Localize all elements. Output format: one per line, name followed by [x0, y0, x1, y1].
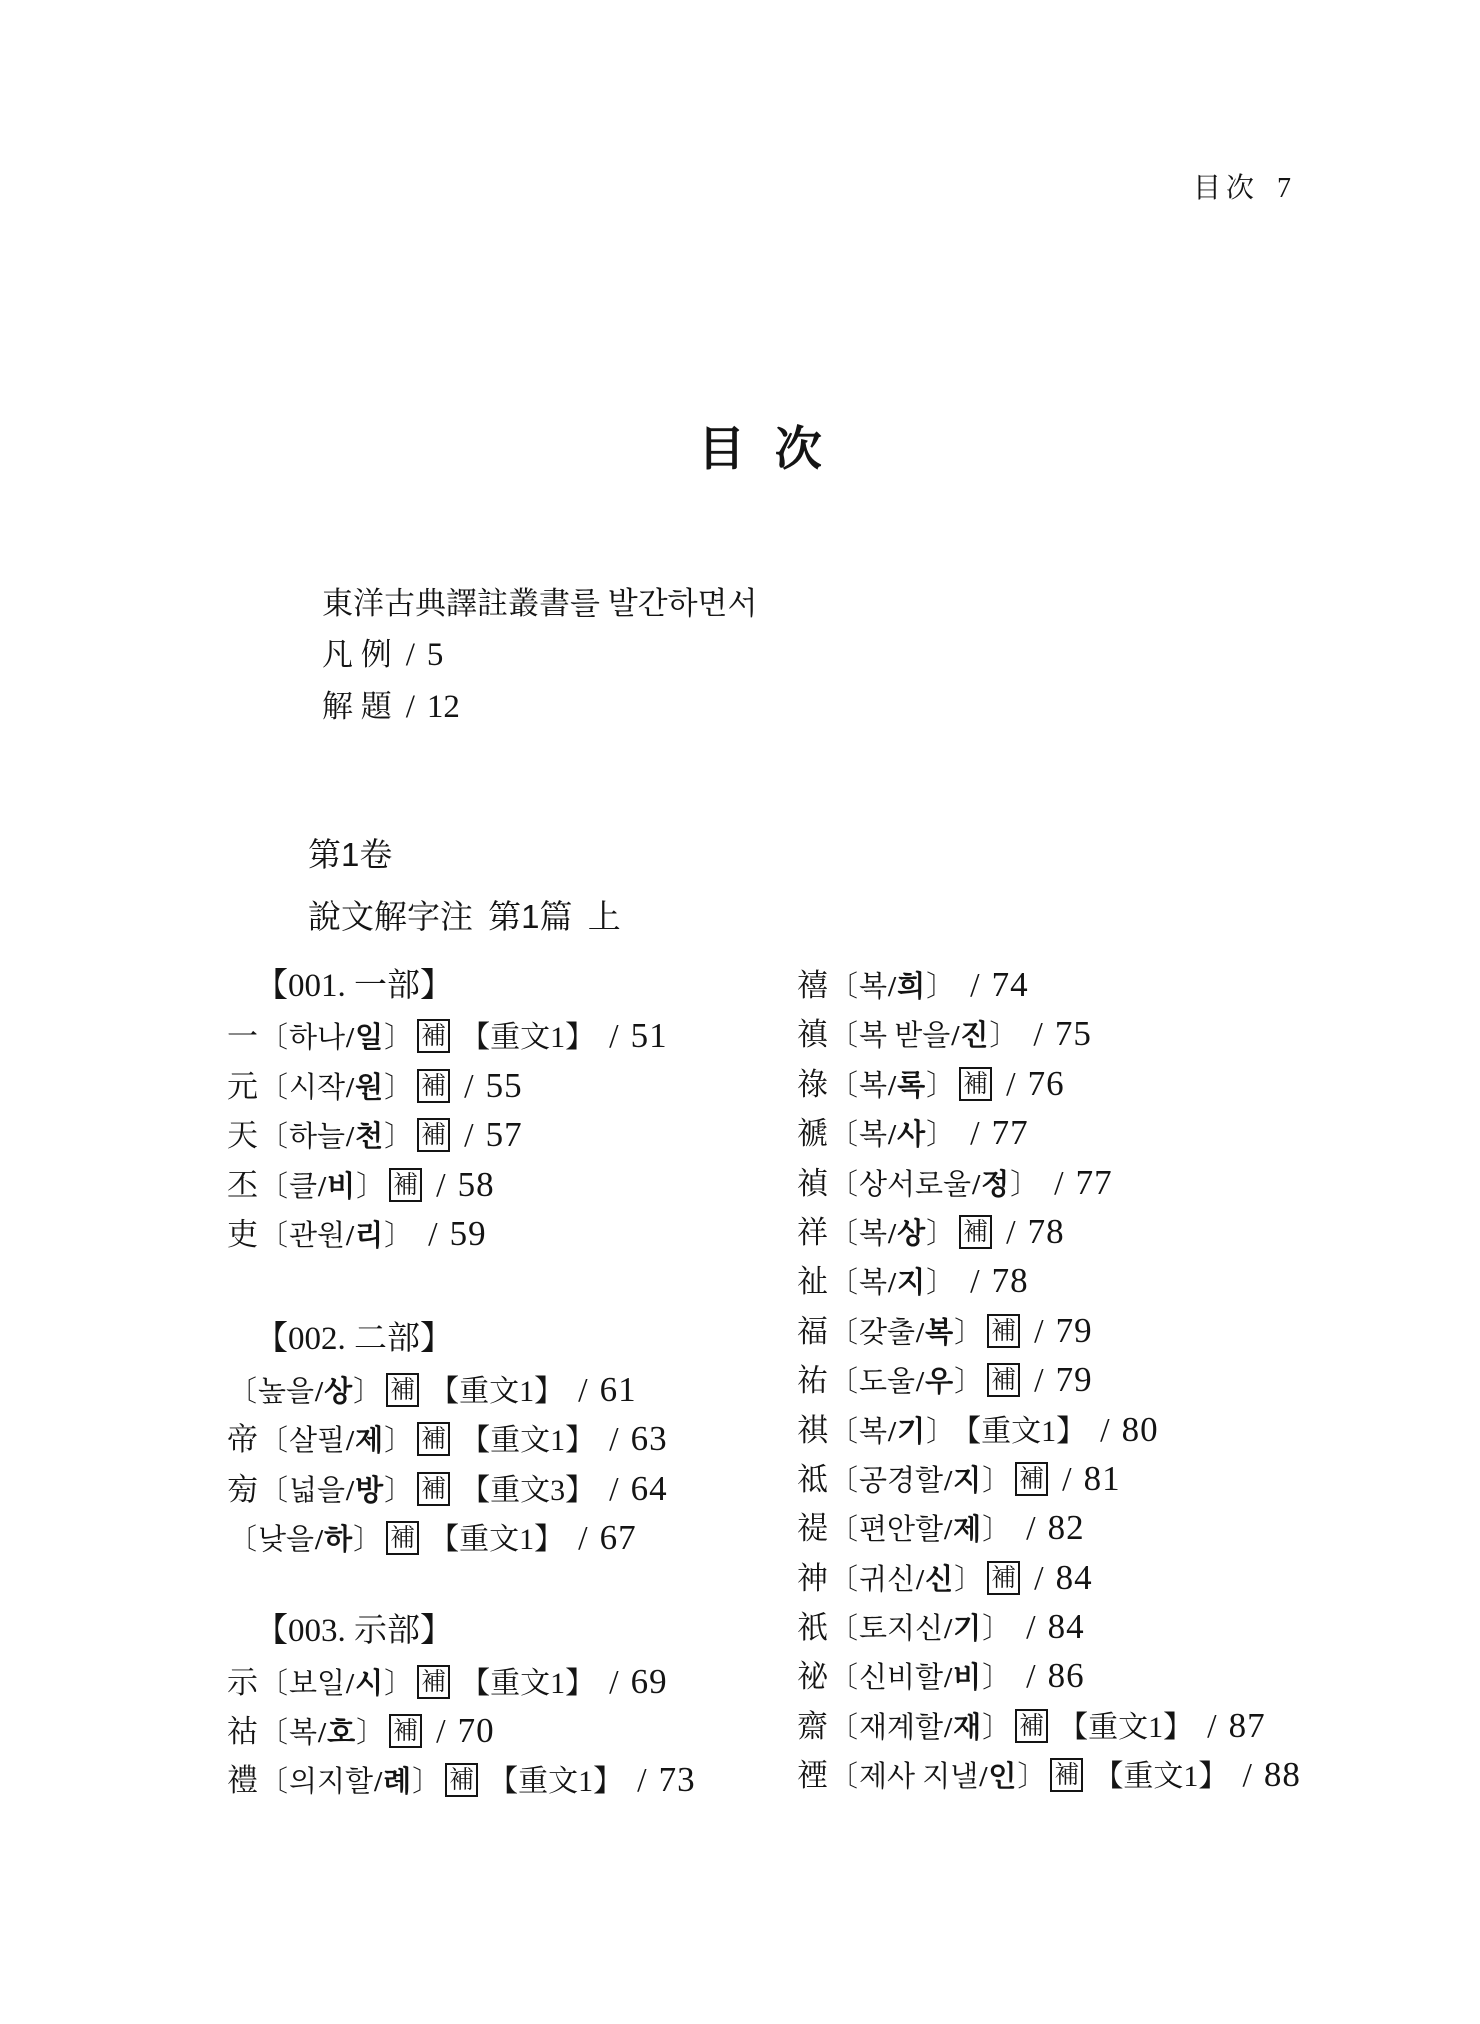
- supplement-badge: 補: [987, 1561, 1020, 1595]
- entry-page-number: 70: [458, 1711, 495, 1750]
- entry-headword: 元: [227, 1069, 258, 1104]
- toc-entry: 祐〔도울/우〕補/79: [797, 1355, 1417, 1404]
- entry-page-number: 88: [1264, 1755, 1301, 1794]
- page-separator: /: [1026, 1658, 1035, 1695]
- reading-slash: /: [916, 1317, 924, 1349]
- reading-slash: /: [916, 1564, 924, 1596]
- entry-page-number: 80: [1122, 1410, 1159, 1449]
- toc-entry: 祉〔복/지〕/78: [797, 1256, 1417, 1305]
- gloss-open-bracket: 〔: [829, 1564, 858, 1596]
- page-separator: /: [1026, 1510, 1035, 1547]
- reading-slash: /: [888, 1218, 896, 1250]
- page-separator: /: [436, 1713, 445, 1750]
- page-separator: /: [578, 1520, 587, 1557]
- reading-slash: /: [346, 1121, 354, 1153]
- page-separator: /: [970, 967, 979, 1004]
- part-heading: 說文解字注 第1篇 上: [308, 898, 621, 936]
- supplement-badge: 補: [1015, 1709, 1048, 1743]
- entry-reading: 기: [897, 1416, 925, 1448]
- toc-entry: 神〔귀신/신〕補/84: [797, 1553, 1417, 1602]
- supplement-badge: 補: [386, 1521, 419, 1555]
- entry-headword: 祺: [797, 1413, 828, 1448]
- gloss-open-bracket: 〔: [259, 1717, 288, 1749]
- entry-gloss: 살필: [289, 1425, 345, 1457]
- toc-section: 【003. 示部】示〔보일/시〕補【重文1】/69祜〔복/호〕補/70禮〔의지할…: [227, 1607, 787, 1805]
- front-matter-page-number: 5: [427, 637, 444, 673]
- front-matter-item: 解 題/12: [322, 681, 757, 733]
- gloss-open-bracket: 〔: [259, 1171, 288, 1203]
- gloss-open-bracket: 〔: [259, 1121, 288, 1153]
- toc-entry: 祇〔토지신/기〕/84: [797, 1602, 1417, 1651]
- entry-headword: 帝: [227, 1422, 258, 1457]
- entry-reading: 기: [953, 1613, 981, 1645]
- gloss-open-bracket: 〔: [829, 1317, 858, 1349]
- reading-slash: /: [888, 1267, 896, 1299]
- entry-page-number: 51: [631, 1016, 668, 1055]
- supplement-badge: 補: [959, 1067, 992, 1101]
- gloss-close-bracket: 〕: [926, 1218, 955, 1250]
- gloss-close-bracket: 〕: [954, 1366, 983, 1398]
- page-separator: /: [1006, 1214, 1015, 1251]
- gloss-open-bracket: 〔: [829, 1267, 858, 1299]
- entry-gloss: 복: [859, 1119, 887, 1151]
- gloss-close-bracket: 〕: [353, 1524, 382, 1556]
- page-separator: /: [1034, 1560, 1043, 1597]
- reading-slash: /: [346, 1072, 354, 1104]
- entry-reading: 호: [327, 1717, 355, 1749]
- entry-gloss: 귀신: [859, 1564, 915, 1596]
- supplement-badge: 補: [417, 1472, 450, 1506]
- toc-entry: 齋〔재계할/재〕補【重文1】/87: [797, 1701, 1417, 1750]
- supplement-badge: 補: [1050, 1758, 1083, 1792]
- gloss-close-bracket: 〕: [926, 1070, 955, 1102]
- entry-reading: 제: [355, 1425, 383, 1457]
- toc-page: 目次7 目 次 東洋古典譯註叢書를 발간하면서凡 例/5解 題/12 第1卷 說…: [0, 0, 1480, 2024]
- front-matter-item: 東洋古典譯註叢書를 발간하면서: [322, 578, 757, 629]
- toc-entry: 帝〔살필/제〕補【重文1】/63: [227, 1414, 787, 1463]
- reading-slash: /: [888, 1416, 896, 1448]
- entry-headword: 禛: [797, 1017, 828, 1052]
- entry-page-number: 82: [1048, 1508, 1085, 1547]
- entry-page-number: 78: [1028, 1212, 1065, 1251]
- entry-page-number: 84: [1048, 1607, 1085, 1646]
- page-separator: /: [1062, 1461, 1071, 1498]
- entry-page-number: 64: [631, 1469, 668, 1508]
- entry-reading: 하: [324, 1524, 352, 1556]
- reading-slash: /: [944, 1465, 952, 1497]
- entry-page-number: 69: [631, 1662, 668, 1701]
- gloss-open-bracket: 〔: [829, 1070, 858, 1102]
- gloss-close-bracket: 〕: [353, 1376, 382, 1408]
- entry-reading: 정: [981, 1169, 1009, 1201]
- gloss-close-bracket: 〕: [926, 1267, 955, 1299]
- gloss-open-bracket: 〔: [259, 1072, 288, 1104]
- supplement-badge: 補: [389, 1714, 422, 1748]
- entry-page-number: 57: [486, 1115, 523, 1154]
- entry-gloss: 토지신: [859, 1613, 943, 1645]
- running-header: 目次7: [1193, 166, 1291, 206]
- entry-reading: 천: [355, 1121, 383, 1153]
- volume-block: 第1卷 說文解字注 第1篇 上: [308, 836, 621, 936]
- jungmun-marker: 【重文1】: [429, 1375, 564, 1408]
- toc-entry: 禎〔상서로울/정〕/77: [797, 1158, 1417, 1207]
- front-matter-label: 解 題: [322, 689, 392, 724]
- toc-entry: 福〔갖출/복〕補/79: [797, 1306, 1417, 1355]
- entry-headword: 祜: [227, 1714, 258, 1749]
- gloss-close-bracket: 〕: [982, 1465, 1011, 1497]
- reading-slash: /: [318, 1171, 326, 1203]
- entry-page-number: 67: [600, 1518, 637, 1557]
- entry-reading: 우: [925, 1366, 953, 1398]
- reading-slash: /: [944, 1514, 952, 1546]
- entry-page-number: 79: [1056, 1360, 1093, 1399]
- page-separator: /: [970, 1115, 979, 1152]
- toc-entry: 天〔하늘/천〕補/57: [227, 1110, 787, 1159]
- reading-slash: /: [944, 1613, 952, 1645]
- page-separator: /: [1034, 1313, 1043, 1350]
- entry-reading: 복: [925, 1317, 953, 1349]
- page-separator: /: [464, 1117, 473, 1154]
- jungmun-marker: 【重文3】: [460, 1474, 595, 1507]
- entry-headword: 丕: [227, 1168, 258, 1203]
- entry-page-number: 76: [1028, 1064, 1065, 1103]
- toc-entry: 祥〔복/상〕補/78: [797, 1207, 1417, 1256]
- front-matter-list: 東洋古典譯註叢書를 발간하면서凡 例/5解 題/12: [322, 578, 757, 733]
- entry-page-number: 79: [1056, 1311, 1093, 1350]
- toc-entry: 禮〔의지할/례〕補【重文1】/73: [227, 1755, 787, 1804]
- reading-slash: /: [944, 1712, 952, 1744]
- page-separator: /: [609, 1421, 618, 1458]
- entry-reading: 일: [355, 1022, 383, 1054]
- running-header-page-number: 7: [1277, 173, 1291, 204]
- gloss-open-bracket: 〔: [829, 1169, 858, 1201]
- gloss-close-bracket: 〕: [982, 1712, 1011, 1744]
- page-separator: /: [464, 1068, 473, 1105]
- entry-reading: 비: [953, 1662, 981, 1694]
- gloss-open-bracket: 〔: [228, 1376, 257, 1408]
- toc-entry: 丕〔클/비〕補/58: [227, 1160, 787, 1209]
- gloss-close-bracket: 〕: [926, 1119, 955, 1151]
- reading-slash: /: [315, 1376, 323, 1408]
- toc-section: 【002. 二部】𠄞〔높을/상〕補【重文1】/61帝〔살필/제〕補【重文1】/6…: [227, 1315, 787, 1562]
- entry-headword: 齋: [797, 1709, 828, 1744]
- front-matter-label: 凡 例: [322, 637, 392, 672]
- entry-headword: 祿: [797, 1067, 828, 1102]
- gloss-open-bracket: 〔: [259, 1766, 288, 1798]
- gloss-close-bracket: 〕: [384, 1072, 413, 1104]
- reading-slash: /: [979, 1761, 987, 1793]
- reading-slash: /: [318, 1717, 326, 1749]
- gloss-close-bracket: 〕: [989, 1020, 1018, 1052]
- entry-gloss: 높을: [258, 1376, 314, 1408]
- supplement-badge: 補: [417, 1118, 450, 1152]
- jungmun-marker: 【重文1】: [1093, 1760, 1228, 1793]
- entry-headword: 禎: [797, 1166, 828, 1201]
- entry-gloss: 편안할: [859, 1514, 943, 1546]
- reading-slash: /: [346, 1668, 354, 1700]
- entry-page-number: 84: [1056, 1558, 1093, 1597]
- gloss-open-bracket: 〔: [829, 1416, 858, 1448]
- gloss-open-bracket: 〔: [829, 1514, 858, 1546]
- gloss-open-bracket: 〔: [829, 1020, 858, 1052]
- entry-page-number: 75: [1055, 1014, 1092, 1053]
- entry-gloss: 제사 지낼: [859, 1761, 978, 1793]
- gloss-open-bracket: 〔: [259, 1022, 288, 1054]
- reading-slash: /: [346, 1425, 354, 1457]
- gloss-open-bracket: 〔: [829, 1662, 858, 1694]
- entry-reading: 제: [953, 1514, 981, 1546]
- toc-entry: 禔〔편안할/제〕/82: [797, 1503, 1417, 1552]
- running-header-title: 目次: [1193, 173, 1259, 204]
- supplement-badge: 補: [445, 1763, 478, 1797]
- entry-reading: 시: [355, 1668, 383, 1700]
- page-separator: /: [609, 1664, 618, 1701]
- entry-page-number: 81: [1084, 1459, 1121, 1498]
- entry-gloss: 복: [289, 1717, 317, 1749]
- gloss-open-bracket: 〔: [228, 1524, 257, 1556]
- entry-reading: 재: [953, 1712, 981, 1744]
- entry-reading: 희: [897, 971, 925, 1003]
- gloss-open-bracket: 〔: [259, 1668, 288, 1700]
- gloss-open-bracket: 〔: [259, 1425, 288, 1457]
- entry-headword: 祐: [797, 1363, 828, 1398]
- page-separator: /: [609, 1018, 618, 1055]
- entry-reading: 리: [355, 1220, 383, 1252]
- entry-page-number: 86: [1048, 1656, 1085, 1695]
- gloss-open-bracket: 〔: [829, 971, 858, 1003]
- jungmun-marker: 【重文1】: [429, 1523, 564, 1556]
- entry-headword: 禔: [797, 1511, 828, 1546]
- reading-slash: /: [951, 1020, 959, 1052]
- entry-page-number: 78: [992, 1261, 1029, 1300]
- entry-headword: 示: [227, 1665, 258, 1700]
- entry-gloss: 보일: [289, 1668, 345, 1700]
- entry-page-number: 77: [1076, 1163, 1113, 1202]
- page-separator: /: [1026, 1609, 1035, 1646]
- page-separator: /: [1242, 1757, 1251, 1794]
- supplement-badge: 補: [1015, 1462, 1048, 1496]
- page-separator: /: [1054, 1165, 1063, 1202]
- entry-reading: 지: [897, 1267, 925, 1299]
- jungmun-marker: 【重文1】: [460, 1667, 595, 1700]
- page-separator: /: [1207, 1708, 1216, 1745]
- page-separator: /: [1033, 1016, 1042, 1053]
- reading-slash: /: [888, 1119, 896, 1151]
- toc-entry: 㫄〔넓을/방〕補【重文3】/64: [227, 1464, 787, 1513]
- page-separator: /: [970, 1263, 979, 1300]
- reading-slash: /: [944, 1662, 952, 1694]
- reading-slash: /: [888, 971, 896, 1003]
- page-separator: /: [1006, 1066, 1015, 1103]
- toc-entry: 祗〔공경할/지〕補/81: [797, 1454, 1417, 1503]
- entry-gloss: 복: [859, 1267, 887, 1299]
- gloss-close-bracket: 〕: [384, 1121, 413, 1153]
- reading-slash: /: [346, 1475, 354, 1507]
- supplement-badge: 補: [389, 1168, 422, 1202]
- gloss-close-bracket: 〕: [384, 1425, 413, 1457]
- entry-headword: 禠: [797, 1116, 828, 1151]
- toc-entry: 元〔시작/원〕補/55: [227, 1061, 787, 1110]
- entry-gloss: 복: [859, 971, 887, 1003]
- page-title: 目 次: [698, 412, 822, 479]
- entry-reading: 례: [383, 1766, 411, 1798]
- entry-page-number: 74: [992, 965, 1029, 1004]
- gloss-close-bracket: 〕: [954, 1564, 983, 1596]
- reading-slash: /: [888, 1070, 896, 1102]
- entry-reading: 진: [960, 1020, 988, 1052]
- entry-gloss: 하늘: [289, 1121, 345, 1153]
- jungmun-marker: 【重文1】: [1058, 1711, 1193, 1744]
- toc-left-column: 【001. 一部】一〔하나/일〕補【重文1】/51元〔시작/원〕補/55天〔하늘…: [227, 962, 787, 1805]
- page-separator: /: [428, 1216, 437, 1253]
- entry-reading: 지: [953, 1465, 981, 1497]
- entry-headword: 天: [227, 1118, 258, 1153]
- gloss-open-bracket: 〔: [829, 1712, 858, 1744]
- gloss-open-bracket: 〔: [259, 1475, 288, 1507]
- entry-headword: 吏: [227, 1217, 258, 1252]
- gloss-open-bracket: 〔: [829, 1761, 858, 1793]
- entry-page-number: 87: [1229, 1706, 1266, 1745]
- page-separator: /: [406, 689, 415, 725]
- entry-reading: 방: [355, 1475, 383, 1507]
- gloss-close-bracket: 〕: [926, 971, 955, 1003]
- entry-page-number: 55: [486, 1066, 523, 1105]
- entry-headword: 祕: [797, 1659, 828, 1694]
- entry-reading: 상: [324, 1376, 352, 1408]
- entry-headword: 祉: [797, 1264, 828, 1299]
- entry-gloss: 도울: [859, 1366, 915, 1398]
- toc-entry: 𠄟〔낮을/하〕補【重文1】/67: [227, 1513, 787, 1562]
- entry-headword: 祗: [797, 1462, 828, 1497]
- toc-right-column: 禧〔복/희〕/74禛〔복 받을/진〕/75祿〔복/록〕補/76禠〔복/사〕/77…: [797, 960, 1417, 1800]
- gloss-close-bracket: 〕: [412, 1766, 441, 1798]
- gloss-close-bracket: 〕: [384, 1475, 413, 1507]
- entry-gloss: 의지할: [289, 1766, 373, 1798]
- gloss-close-bracket: 〕: [982, 1662, 1011, 1694]
- entry-gloss: 복: [859, 1218, 887, 1250]
- gloss-open-bracket: 〔: [829, 1119, 858, 1151]
- entry-headword: 福: [797, 1314, 828, 1349]
- gloss-open-bracket: 〔: [829, 1613, 858, 1645]
- entry-headword: 禋: [797, 1758, 828, 1793]
- entry-headword: 㫄: [227, 1472, 258, 1507]
- entry-reading: 사: [897, 1119, 925, 1151]
- page-separator: /: [1100, 1412, 1109, 1449]
- toc-entry: 𠄞〔높을/상〕補【重文1】/61: [227, 1365, 787, 1414]
- page-separator: /: [406, 637, 415, 673]
- entry-reading: 원: [355, 1072, 383, 1104]
- supplement-badge: 補: [386, 1373, 419, 1407]
- reading-slash: /: [315, 1524, 323, 1556]
- gloss-open-bracket: 〔: [829, 1465, 858, 1497]
- entry-gloss: 갖출: [859, 1317, 915, 1349]
- gloss-open-bracket: 〔: [829, 1366, 858, 1398]
- gloss-open-bracket: 〔: [829, 1218, 858, 1250]
- gloss-close-bracket: 〕: [1017, 1761, 1046, 1793]
- gloss-open-bracket: 〔: [259, 1220, 288, 1252]
- entry-page-number: 77: [992, 1113, 1029, 1152]
- toc-entry: 禋〔제사 지낼/인〕補【重文1】/88: [797, 1750, 1417, 1799]
- supplement-badge: 補: [417, 1019, 450, 1053]
- toc-entry: 祿〔복/록〕補/76: [797, 1059, 1417, 1108]
- supplement-badge: 補: [959, 1215, 992, 1249]
- toc-entry: 祜〔복/호〕補/70: [227, 1706, 787, 1755]
- entry-gloss: 클: [289, 1171, 317, 1203]
- front-matter-page-number: 12: [427, 689, 460, 725]
- supplement-badge: 補: [987, 1314, 1020, 1348]
- entry-gloss: 하나: [289, 1022, 345, 1054]
- entry-headword: 祇: [797, 1610, 828, 1645]
- reading-slash: /: [374, 1766, 382, 1798]
- toc-entry: 祺〔복/기〕【重文1】/80: [797, 1405, 1417, 1454]
- toc-entry: 禧〔복/희〕/74: [797, 960, 1417, 1009]
- section-heading: 【002. 二部】: [227, 1315, 787, 1364]
- entry-reading: 상: [897, 1218, 925, 1250]
- entry-page-number: 63: [631, 1419, 668, 1458]
- entry-gloss: 상서로울: [859, 1169, 971, 1201]
- gloss-close-bracket: 〕: [356, 1717, 385, 1749]
- page-separator: /: [578, 1372, 587, 1409]
- entry-reading: 신: [925, 1564, 953, 1596]
- supplement-badge: 補: [417, 1665, 450, 1699]
- entry-gloss: 관원: [289, 1220, 345, 1252]
- reading-slash: /: [346, 1220, 354, 1252]
- entry-headword: 禮: [227, 1763, 258, 1798]
- jungmun-marker: 【重文1】: [966, 1415, 1086, 1448]
- jungmun-marker: 【重文1】: [460, 1424, 595, 1457]
- section-heading: 【001. 一部】: [227, 962, 787, 1011]
- entry-headword: 祥: [797, 1215, 828, 1250]
- page-separator: /: [609, 1471, 618, 1508]
- gloss-close-bracket: 〕: [356, 1171, 385, 1203]
- gloss-close-bracket: 〕: [926, 1416, 955, 1448]
- reading-slash: /: [916, 1366, 924, 1398]
- page-separator: /: [436, 1167, 445, 1204]
- entry-reading: 비: [327, 1171, 355, 1203]
- toc-section: 【001. 一部】一〔하나/일〕補【重文1】/51元〔시작/원〕補/55天〔하늘…: [227, 962, 787, 1258]
- page-separator: /: [637, 1762, 646, 1799]
- entry-reading: 록: [897, 1070, 925, 1102]
- toc-entry: 示〔보일/시〕補【重文1】/69: [227, 1657, 787, 1706]
- entry-gloss: 재계할: [859, 1712, 943, 1744]
- entry-gloss: 복: [859, 1070, 887, 1102]
- gloss-close-bracket: 〕: [954, 1317, 983, 1349]
- entry-gloss: 넓을: [289, 1475, 345, 1507]
- entry-gloss: 복: [859, 1416, 887, 1448]
- entry-page-number: 59: [450, 1214, 487, 1253]
- gloss-close-bracket: 〕: [384, 1220, 413, 1252]
- toc-entry: 祕〔신비할/비〕/86: [797, 1651, 1417, 1700]
- toc-entry: 禠〔복/사〕/77: [797, 1108, 1417, 1157]
- entry-headword: 神: [797, 1561, 828, 1596]
- supplement-badge: 補: [417, 1422, 450, 1456]
- jungmun-marker: 【重文1】: [488, 1765, 623, 1798]
- entry-page-number: 73: [659, 1760, 696, 1799]
- entry-headword: 禧: [797, 968, 828, 1003]
- front-matter-label: 東洋古典譯註叢書를 발간하면서: [322, 586, 757, 621]
- gloss-close-bracket: 〕: [1010, 1169, 1039, 1201]
- supplement-badge: 補: [987, 1363, 1020, 1397]
- reading-slash: /: [346, 1022, 354, 1054]
- entry-reading: 인: [988, 1761, 1016, 1793]
- supplement-badge: 補: [417, 1069, 450, 1103]
- front-matter-item: 凡 例/5: [322, 629, 757, 681]
- section-heading: 【003. 示部】: [227, 1607, 787, 1656]
- jungmun-marker: 【重文1】: [460, 1021, 595, 1054]
- entry-gloss: 공경할: [859, 1465, 943, 1497]
- toc-entry: 吏〔관원/리〕/59: [227, 1209, 787, 1258]
- gloss-close-bracket: 〕: [384, 1022, 413, 1054]
